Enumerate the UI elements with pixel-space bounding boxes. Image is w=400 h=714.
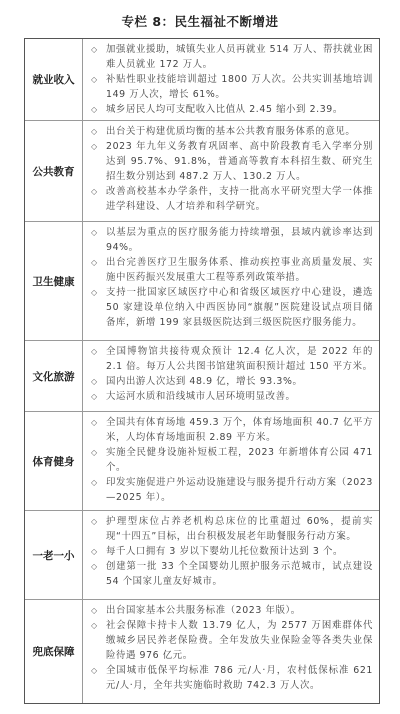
row-category: 就业收入 [25, 39, 83, 120]
list-item: ◇护理型床位占养老机构总床位的比重超过 60%，提前实现“十四五”目标，出台积极… [91, 514, 373, 544]
row-items: ◇以基层为重点的医疗服务能力持续增强，县域内就诊率达到 94%。 ◇出台完善医疗… [83, 222, 379, 340]
list-item: ◇改善高校基本办学条件，支持一批高水平研究型大学一体推进学科建设、人才培养和科学… [91, 184, 373, 214]
list-item: ◇全国城市低保平均标准 786 元/人·月，农村低保标准 621 元/人·月，全… [91, 663, 373, 693]
diamond-bullet-icon: ◇ [91, 124, 106, 139]
page-title: 专栏 8：民生福祉不断增进 [0, 12, 400, 30]
row-items: ◇护理型床位占养老机构总床位的比重超过 60%，提前实现“十四五”目标，出台积极… [83, 511, 379, 599]
diamond-bullet-icon: ◇ [91, 139, 106, 184]
diamond-bullet-icon: ◇ [91, 389, 106, 404]
diamond-bullet-icon: ◇ [91, 255, 106, 285]
diamond-bullet-icon: ◇ [91, 445, 106, 475]
list-item: ◇创建第一批 33 个全国婴幼儿照护服务示范城市，试点建设 54 个国家儿童友好… [91, 559, 373, 589]
list-item: ◇出台国家基本公共服务标准（2023 年版）。 [91, 603, 373, 618]
diamond-bullet-icon: ◇ [91, 374, 106, 389]
table-row: 公共教育 ◇出台关于构建优质均衡的基本公共教育服务体系的意见。 ◇2023 年九… [25, 120, 379, 221]
list-item: ◇以基层为重点的医疗服务能力持续增强，县域内就诊率达到 94%。 [91, 225, 373, 255]
diamond-bullet-icon: ◇ [91, 72, 106, 102]
row-category: 一老一小 [25, 511, 83, 599]
table-row: 体育健身 ◇全国共有体育场地 459.3 万个，体育场地面积 40.7 亿平方米… [25, 411, 379, 510]
list-item: ◇社会保障卡持卡人数 13.79 亿人，为 2577 万困难群体代缴城乡居民养老… [91, 618, 373, 663]
row-category: 卫生健康 [25, 222, 83, 340]
diamond-bullet-icon: ◇ [91, 102, 106, 117]
diamond-bullet-icon: ◇ [91, 544, 106, 559]
diamond-bullet-icon: ◇ [91, 225, 106, 255]
row-category: 文化旅游 [25, 341, 83, 411]
list-item: ◇加强就业援助，城镇失业人员再就业 514 万人、帮扶就业困难人员就业 172 … [91, 42, 373, 72]
list-item: ◇国内出游人次达到 48.9 亿，增长 93.3%。 [91, 374, 373, 389]
diamond-bullet-icon: ◇ [91, 415, 106, 445]
diamond-bullet-icon: ◇ [91, 344, 106, 374]
list-item: ◇每千人口拥有 3 岁以下婴幼儿托位数预计达到 3 个。 [91, 544, 373, 559]
diamond-bullet-icon: ◇ [91, 42, 106, 72]
diamond-bullet-icon: ◇ [91, 285, 106, 330]
table-row: 卫生健康 ◇以基层为重点的医疗服务能力持续增强，县域内就诊率达到 94%。 ◇出… [25, 221, 379, 340]
row-items: ◇出台国家基本公共服务标准（2023 年版）。 ◇社会保障卡持卡人数 13.79… [83, 600, 379, 703]
list-item: ◇补贴性职业技能培训超过 1800 万人次。公共实训基地培训 149 万人次，增… [91, 72, 373, 102]
list-item: ◇全国博物馆共接待观众预计 12.4 亿人次，是 2022 年的 2.1 倍。每… [91, 344, 373, 374]
list-item: ◇实施全民健身设施补短板工程，2023 年新增体育公园 471 个。 [91, 445, 373, 475]
table-row: 兜底保障 ◇出台国家基本公共服务标准（2023 年版）。 ◇社会保障卡持卡人数 … [25, 599, 379, 703]
row-category: 公共教育 [25, 121, 83, 221]
diamond-bullet-icon: ◇ [91, 475, 106, 505]
diamond-bullet-icon: ◇ [91, 618, 106, 663]
list-item: ◇大运河水质和沿线城市人居环境明显改善。 [91, 389, 373, 404]
row-category: 体育健身 [25, 412, 83, 510]
row-items: ◇出台关于构建优质均衡的基本公共教育服务体系的意见。 ◇2023 年九年义务教育… [83, 121, 379, 221]
table-row: 一老一小 ◇护理型床位占养老机构总床位的比重超过 60%，提前实现“十四五”目标… [25, 510, 379, 599]
list-item: ◇城乡居民人均可支配收入比值从 2.45 缩小到 2.39。 [91, 102, 373, 117]
list-item: ◇2023 年九年义务教育巩固率、高中阶段教育毛入学率分别达到 95.7%、91… [91, 139, 373, 184]
list-item: ◇出台关于构建优质均衡的基本公共教育服务体系的意见。 [91, 124, 373, 139]
list-item: ◇支持一批国家区域医疗中心和省级区域医疗中心建设，遴选 50 家建设单位纳入中西… [91, 285, 373, 330]
diamond-bullet-icon: ◇ [91, 559, 106, 589]
list-item: ◇全国共有体育场地 459.3 万个，体育场地面积 40.7 亿平方米，人均体育… [91, 415, 373, 445]
diamond-bullet-icon: ◇ [91, 514, 106, 544]
row-items: ◇全国共有体育场地 459.3 万个，体育场地面积 40.7 亿平方米，人均体育… [83, 412, 379, 510]
list-item: ◇出台完善医疗卫生服务体系、推动疾控事业高质量发展、实施中医药振兴发展重大工程等… [91, 255, 373, 285]
diamond-bullet-icon: ◇ [91, 663, 106, 693]
diamond-bullet-icon: ◇ [91, 184, 106, 214]
row-category: 兜底保障 [25, 600, 83, 703]
livelihood-table: 就业收入 ◇加强就业援助，城镇失业人员再就业 514 万人、帮扶就业困难人员就业… [24, 38, 380, 704]
table-row: 就业收入 ◇加强就业援助，城镇失业人员再就业 514 万人、帮扶就业困难人员就业… [25, 39, 379, 120]
diamond-bullet-icon: ◇ [91, 603, 106, 618]
row-items: ◇全国博物馆共接待观众预计 12.4 亿人次，是 2022 年的 2.1 倍。每… [83, 341, 379, 411]
list-item: ◇印发实施促进户外运动设施建设与服务提升行动方案（2023—2025 年）。 [91, 475, 373, 505]
row-items: ◇加强就业援助，城镇失业人员再就业 514 万人、帮扶就业困难人员就业 172 … [83, 39, 379, 120]
table-row: 文化旅游 ◇全国博物馆共接待观众预计 12.4 亿人次，是 2022 年的 2.… [25, 340, 379, 411]
